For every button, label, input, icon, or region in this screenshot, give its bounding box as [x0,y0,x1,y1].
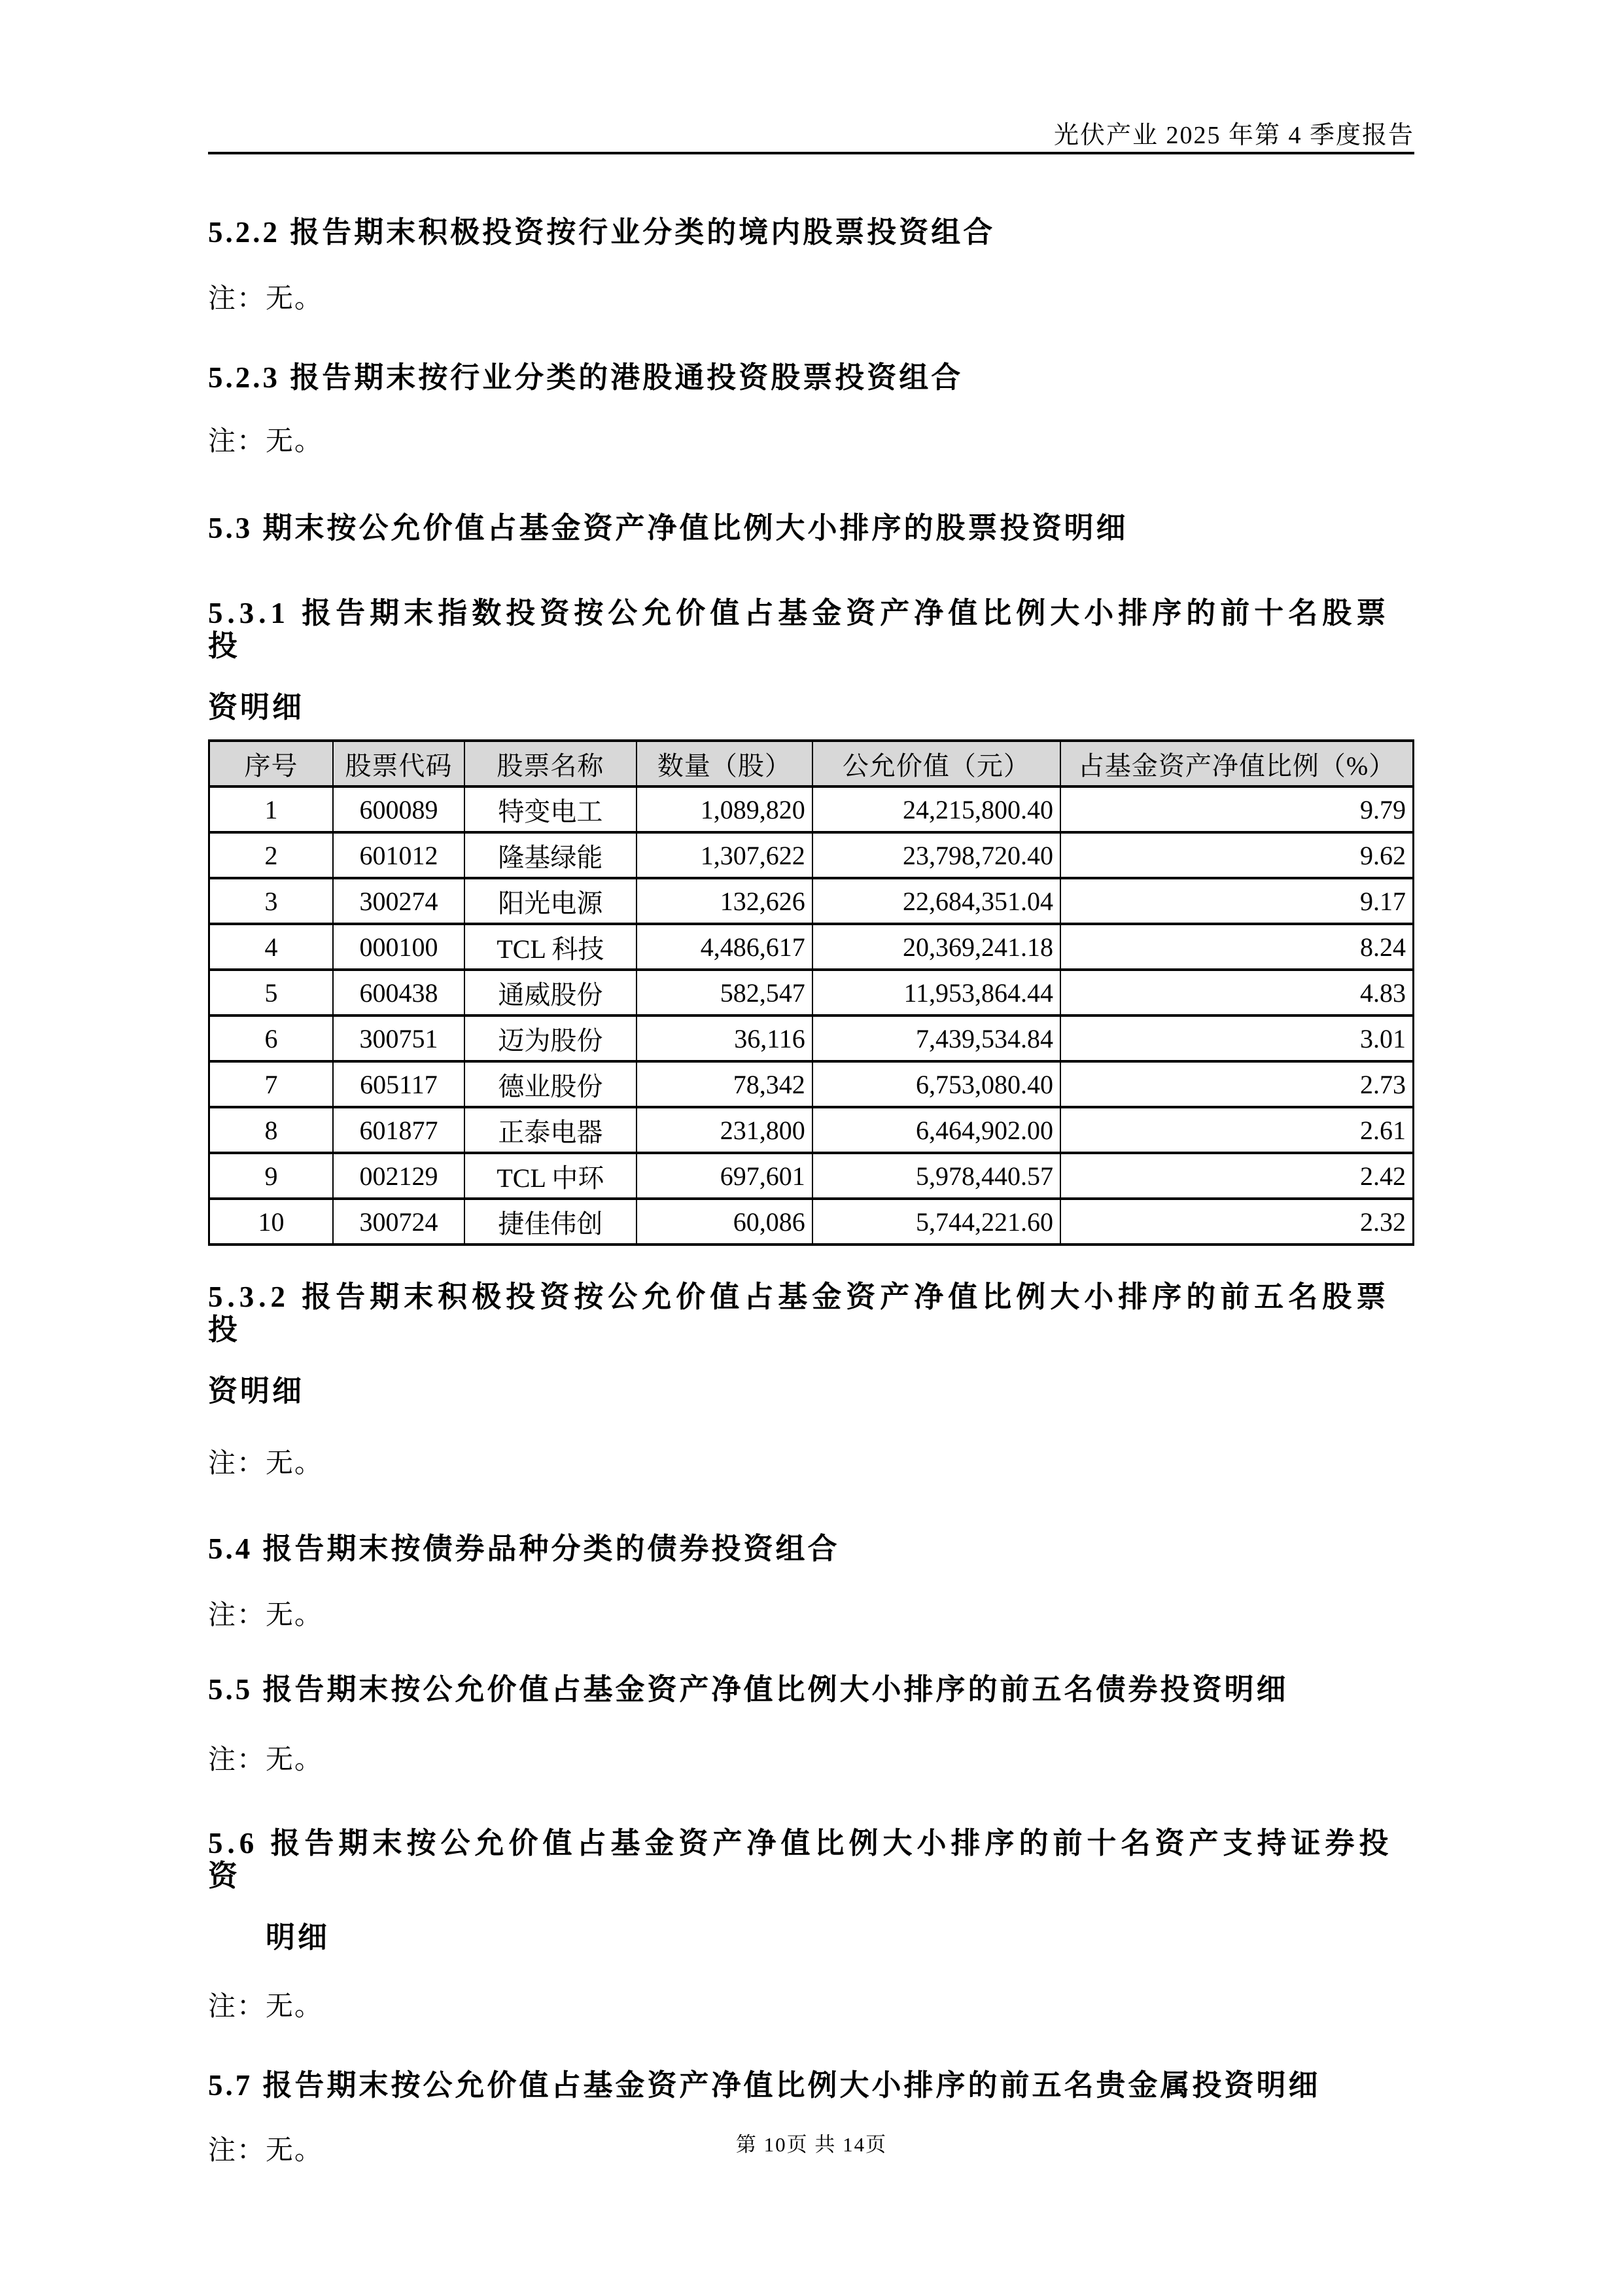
table-row: 6 300751 迈为股份 36,116 7,439,534.84 3.01 [209,1016,1414,1061]
cell-code: 000100 [333,924,464,970]
col-header-seq: 序号 [209,741,334,786]
page-content: 光伏产业 2025 年第 4 季度报告 5.2.2 报告期末积极投资按行业分类的… [208,0,1414,2167]
heading-5-3: 5.3 期末按公允价值占基金资产净值比例大小排序的股票投资明细 [208,512,1414,544]
note-5-2-2: 注：无。 [208,283,1414,315]
cell-code: 601877 [333,1107,464,1153]
running-header-title: 光伏产业 2025 年第 4 季度报告 [208,120,1414,150]
heading-5-2-2: 5.2.2 报告期末积极投资按行业分类的境内股票投资组合 [208,216,1414,249]
cell-fair-value: 5,978,440.57 [812,1153,1060,1199]
heading-5-3-1-line2: 资明细 [208,691,1414,724]
heading-5-5: 5.5 报告期末按公允价值占基金资产净值比例大小排序的前五名债券投资明细 [208,1673,1414,1706]
cell-code: 002129 [333,1153,464,1199]
heading-5-3-2-line2: 资明细 [208,1375,1414,1407]
cell-fair-value: 7,439,534.84 [812,1016,1060,1061]
cell-quantity: 36,116 [637,1016,812,1061]
table-row: 9 002129 TCL 中环 697,601 5,978,440.57 2.4… [209,1153,1414,1199]
cell-quantity: 78,342 [637,1061,812,1107]
cell-name: 迈为股份 [464,1016,637,1061]
cell-seq: 4 [209,924,334,970]
cell-code: 600438 [333,970,464,1016]
cell-nav-ratio: 2.32 [1060,1199,1413,1245]
table-row: 2 601012 隆基绿能 1,307,622 23,798,720.40 9.… [209,832,1414,878]
cell-code: 300724 [333,1199,464,1245]
cell-code: 300274 [333,878,464,924]
cell-name: TCL 科技 [464,924,637,970]
cell-quantity: 132,626 [637,878,812,924]
cell-quantity: 1,089,820 [637,786,812,832]
cell-fair-value: 11,953,864.44 [812,970,1060,1016]
cell-code: 600089 [333,786,464,832]
cell-nav-ratio: 2.61 [1060,1107,1413,1153]
cell-nav-ratio: 2.73 [1060,1061,1413,1107]
page-indicator: 第 10页 共 14页 [736,2133,887,2156]
cell-seq: 9 [209,1153,334,1199]
cell-fair-value: 22,684,351.04 [812,878,1060,924]
table-row: 4 000100 TCL 科技 4,486,617 20,369,241.18 … [209,924,1414,970]
cell-nav-ratio: 9.62 [1060,832,1413,878]
table-row: 3 300274 阳光电源 132,626 22,684,351.04 9.17 [209,878,1414,924]
cell-nav-ratio: 2.42 [1060,1153,1413,1199]
cell-nav-ratio: 9.17 [1060,878,1413,924]
heading-5-6-line1: 5.6 报告期末按公允价值占基金资产净值比例大小排序的前十名资产支持证券投资 [208,1827,1414,1892]
table-row: 5 600438 通威股份 582,547 11,953,864.44 4.83 [209,970,1414,1016]
heading-5-2-3: 5.2.3 报告期末按行业分类的港股通投资股票投资组合 [208,361,1414,394]
note-5-3-2: 注：无。 [208,1447,1414,1480]
cell-nav-ratio: 8.24 [1060,924,1413,970]
heading-5-4: 5.4 报告期末按债券品种分类的债券投资组合 [208,1532,1414,1565]
col-header-nav-ratio: 占基金资产净值比例（%） [1060,741,1413,786]
heading-5-3-1-line1: 5.3.1 报告期末指数投资按公允价值占基金资产净值比例大小排序的前十名股票投 [208,597,1414,662]
cell-fair-value: 6,464,902.00 [812,1107,1060,1153]
cell-quantity: 231,800 [637,1107,812,1153]
cell-code: 300751 [333,1016,464,1061]
note-5-2-3: 注：无。 [208,425,1414,458]
cell-fair-value: 23,798,720.40 [812,832,1060,878]
page-footer: 第 10页 共 14页 [0,2132,1623,2158]
heading-5-3-2-line1: 5.3.2 报告期末积极投资按公允价值占基金资产净值比例大小排序的前五名股票投 [208,1280,1414,1346]
cell-quantity: 582,547 [637,970,812,1016]
report-page: 光伏产业 2025 年第 4 季度报告 5.2.2 报告期末积极投资按行业分类的… [0,0,1623,2296]
cell-quantity: 1,307,622 [637,832,812,878]
table-row: 10 300724 捷佳伟创 60,086 5,744,221.60 2.32 [209,1199,1414,1245]
cell-name: 通威股份 [464,970,637,1016]
cell-fair-value: 24,215,800.40 [812,786,1060,832]
cell-name: 特变电工 [464,786,637,832]
cell-name: 隆基绿能 [464,832,637,878]
table-row: 1 600089 特变电工 1,089,820 24,215,800.40 9.… [209,786,1414,832]
cell-seq: 8 [209,1107,334,1153]
cell-nav-ratio: 4.83 [1060,970,1413,1016]
heading-5-6-line2: 明细 [266,1921,1414,1954]
col-header-code: 股票代码 [333,741,464,786]
cell-name: 正泰电器 [464,1107,637,1153]
heading-5-7: 5.7 报告期末按公允价值占基金资产净值比例大小排序的前五名贵金属投资明细 [208,2069,1414,2102]
header-rule [208,152,1414,154]
col-header-name: 股票名称 [464,741,637,786]
cell-name: 阳光电源 [464,878,637,924]
cell-fair-value: 5,744,221.60 [812,1199,1060,1245]
table-row: 8 601877 正泰电器 231,800 6,464,902.00 2.61 [209,1107,1414,1153]
cell-name: 捷佳伟创 [464,1199,637,1245]
cell-seq: 5 [209,970,334,1016]
cell-nav-ratio: 3.01 [1060,1016,1413,1061]
cell-code: 605117 [333,1061,464,1107]
cell-seq: 7 [209,1061,334,1107]
cell-seq: 10 [209,1199,334,1245]
cell-fair-value: 20,369,241.18 [812,924,1060,970]
cell-name: TCL 中环 [464,1153,637,1199]
cell-quantity: 697,601 [637,1153,812,1199]
cell-code: 601012 [333,832,464,878]
cell-seq: 6 [209,1016,334,1061]
cell-nav-ratio: 9.79 [1060,786,1413,832]
note-5-6: 注：无。 [208,1990,1414,2023]
cell-quantity: 60,086 [637,1199,812,1245]
cell-name: 德业股份 [464,1061,637,1107]
cell-fair-value: 6,753,080.40 [812,1061,1060,1107]
col-header-fair-value: 公允价值（元） [812,741,1060,786]
table-header-row: 序号 股票代码 股票名称 数量（股） 公允价值（元） 占基金资产净值比例（%） [209,741,1414,786]
cell-seq: 1 [209,786,334,832]
cell-seq: 3 [209,878,334,924]
note-5-5: 注：无。 [208,1744,1414,1776]
cell-seq: 2 [209,832,334,878]
col-header-quantity: 数量（股） [637,741,812,786]
cell-quantity: 4,486,617 [637,924,812,970]
table-row: 7 605117 德业股份 78,342 6,753,080.40 2.73 [209,1061,1414,1107]
top10-stock-holdings-table: 序号 股票代码 股票名称 数量（股） 公允价值（元） 占基金资产净值比例（%） … [208,739,1414,1246]
note-5-4: 注：无。 [208,1599,1414,1632]
